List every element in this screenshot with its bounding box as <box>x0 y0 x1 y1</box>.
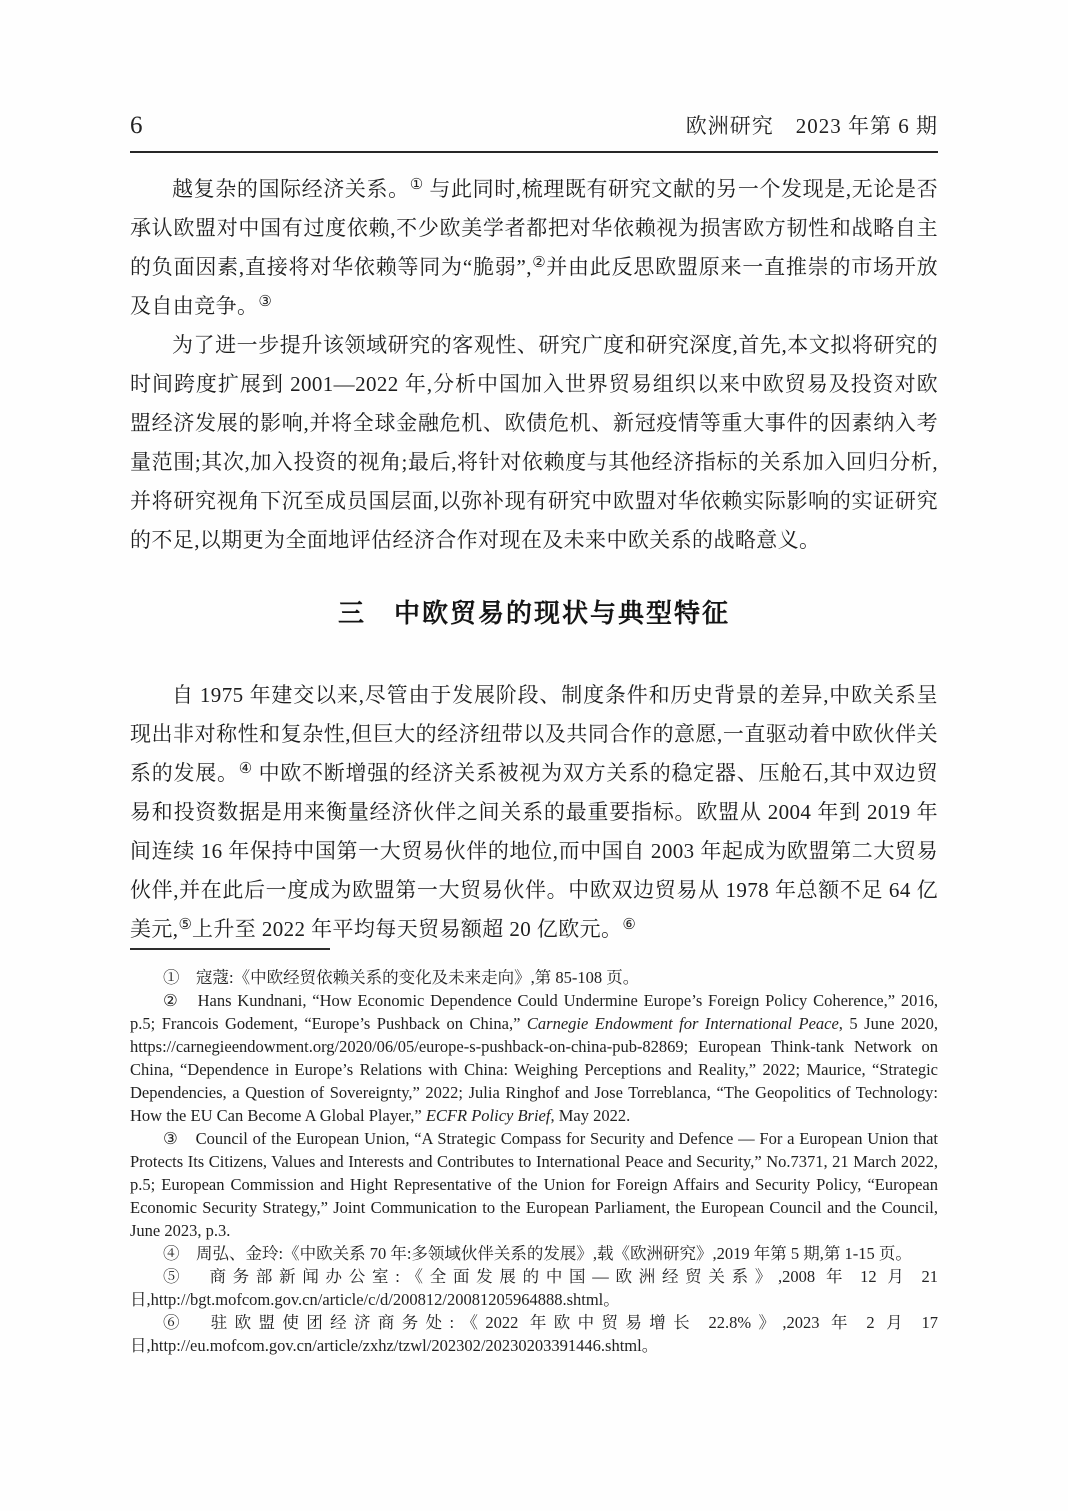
text-segment: Carnegie Endowment for International Pea… <box>527 1014 839 1033</box>
article-body: 越复杂的国际经济关系。① 与此同时,梳理既有研究文献的另一个发现是,无论是否承认… <box>130 170 938 949</box>
text-segment: ① 寇蔻:《中欧经贸依赖关系的变化及未来走向》,第 85-108 页。 <box>163 968 639 987</box>
text-segment: ⑥ 驻欧盟使团经济商务处:《2022 年欧中贸易增长 22.8%》,2023 年… <box>130 1313 938 1355</box>
page-header: 6 欧洲研究 2023 年第 6 期 <box>130 110 938 153</box>
footnote-item: ② Hans Kundnani, “How Economic Dependenc… <box>130 989 938 1127</box>
paragraph-2: 为了进一步提升该领域研究的客观性、研究广度和研究深度,首先,本文拟将研究的时间跨… <box>130 326 938 560</box>
text-segment: ④ 周弘、金玲:《中欧关系 70 年:多领域伙伴关系的发展》,载《欧洲研究》,2… <box>163 1244 912 1263</box>
footnote-item: ⑥ 驻欧盟使团经济商务处:《2022 年欧中贸易增长 22.8%》,2023 年… <box>130 1311 938 1357</box>
footnote-ref-marker: ① <box>410 177 424 193</box>
text-segment: 越复杂的国际经济关系。 <box>172 177 410 201</box>
footnote-item: ⑤ 商务部新闻办公室:《全面发展的中国—欧洲经贸关系》,2008 年 12 月 … <box>130 1265 938 1311</box>
text-segment: 中欧不断增强的经济关系被视为双方关系的稳定器、压舱石,其中双边贸易和投资数据是用… <box>130 761 938 941</box>
footnote-ref-marker: ④ <box>239 761 253 777</box>
paragraph-1: 越复杂的国际经济关系。① 与此同时,梳理既有研究文献的另一个发现是,无论是否承认… <box>130 170 938 326</box>
footnote-ref-marker: ③ <box>258 294 272 310</box>
footnote-ref-marker: ⑤ <box>178 917 192 933</box>
paragraph-3: 自 1975 年建交以来,尽管由于发展阶段、制度条件和历史背景的差异,中欧关系呈… <box>130 676 938 949</box>
footnote-item: ③ Council of the European Union, “A Stra… <box>130 1127 938 1242</box>
page-number: 6 <box>130 112 143 140</box>
text-segment: , May 2022. <box>550 1106 630 1125</box>
section-heading: 三 中欧贸易的现状与典型特征 <box>130 593 938 630</box>
footnotes-list: ① 寇蔻:《中欧经贸依赖关系的变化及未来走向》,第 85-108 页。② Han… <box>130 966 938 1357</box>
journal-page: 6 欧洲研究 2023 年第 6 期 越复杂的国际经济关系。① 与此同时,梳理既… <box>0 0 1068 1511</box>
footnote-item: ④ 周弘、金玲:《中欧关系 70 年:多领域伙伴关系的发展》,载《欧洲研究》,2… <box>130 1242 938 1265</box>
footnotes-section: ① 寇蔻:《中欧经贸依赖关系的变化及未来走向》,第 85-108 页。② Han… <box>130 948 938 1357</box>
footnote-item: ① 寇蔻:《中欧经贸依赖关系的变化及未来走向》,第 85-108 页。 <box>130 966 938 989</box>
footnote-ref-marker: ② <box>532 255 546 271</box>
journal-issue-title: 欧洲研究 2023 年第 6 期 <box>686 110 938 140</box>
footnote-separator-line <box>130 948 330 950</box>
text-segment: ECFR Policy Brief <box>426 1106 551 1125</box>
text-segment: 为了进一步提升该领域研究的客观性、研究广度和研究深度,首先,本文拟将研究的时间跨… <box>130 333 938 552</box>
text-segment: 上升至 2022 年平均每天贸易额超 20 亿欧元。 <box>192 917 622 941</box>
footnote-ref-marker: ⑥ <box>622 917 636 933</box>
text-segment: ⑤ 商务部新闻办公室:《全面发展的中国—欧洲经贸关系》,2008 年 12 月 … <box>130 1267 938 1309</box>
text-segment: ③ Council of the European Union, “A Stra… <box>130 1129 938 1240</box>
